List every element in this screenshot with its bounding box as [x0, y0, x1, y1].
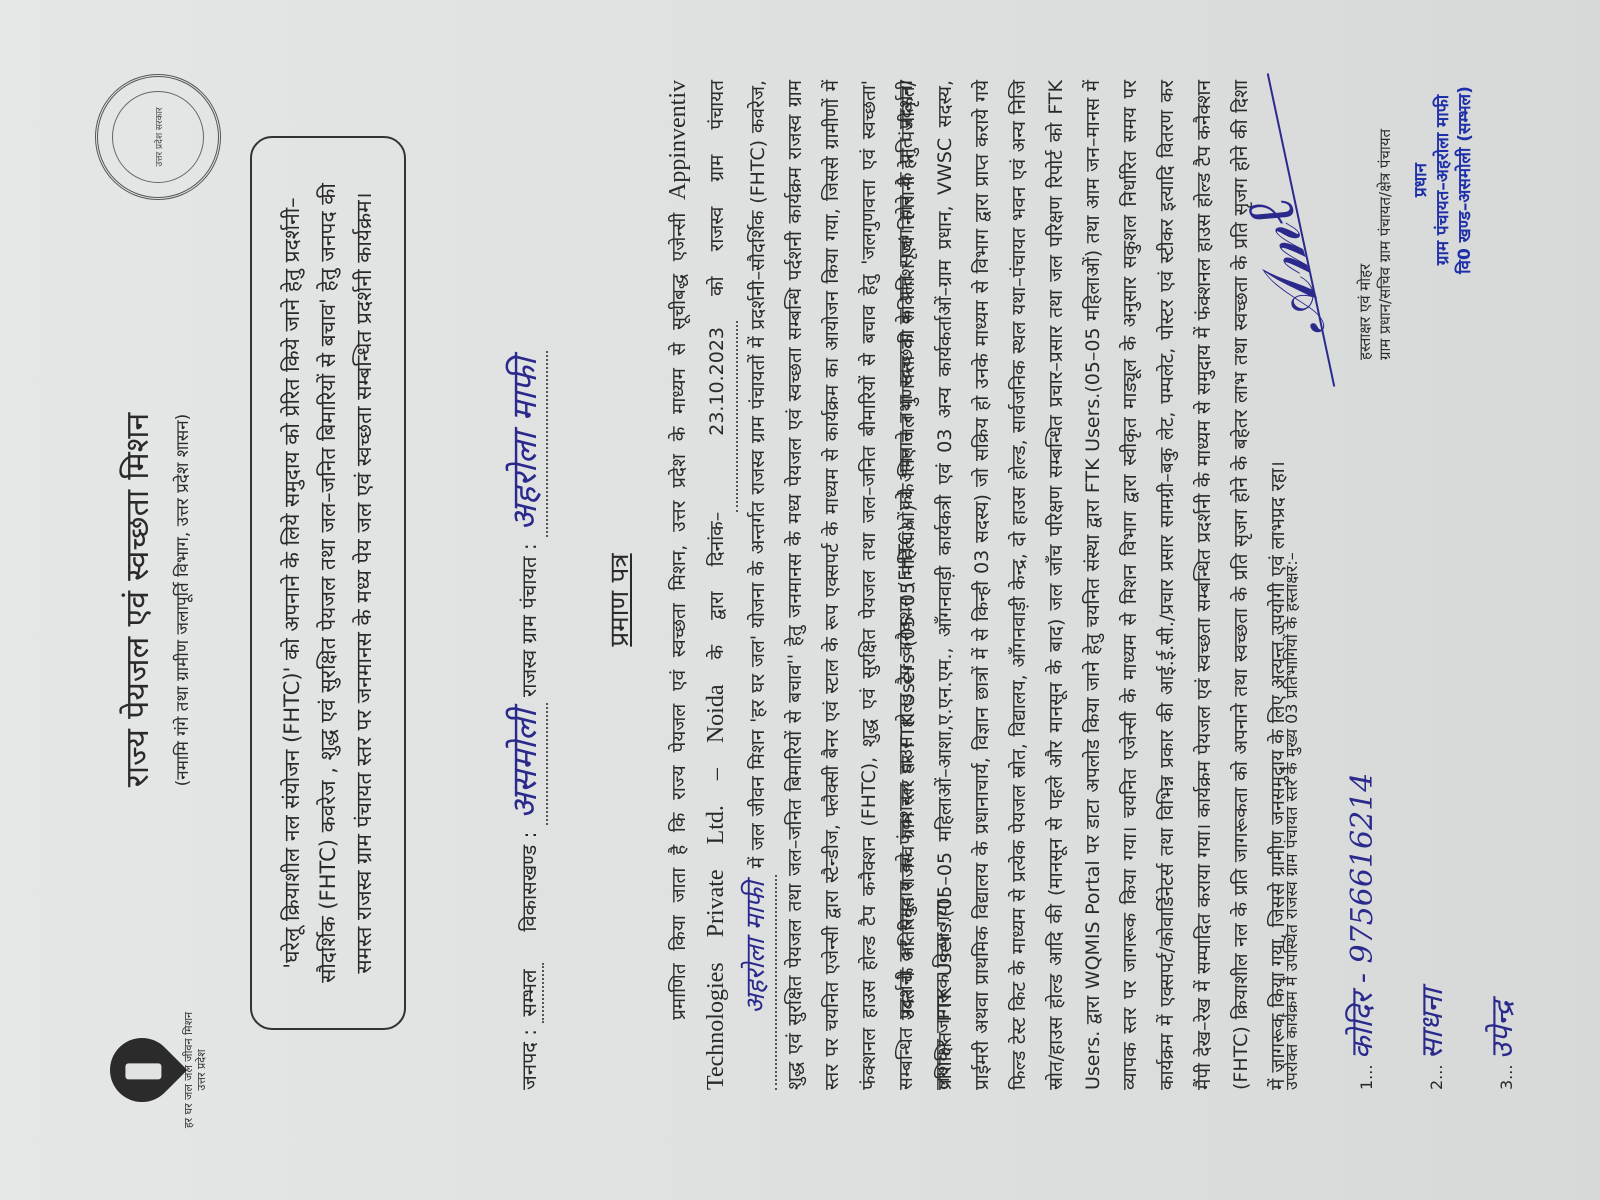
- participant-1: 1... कोदिर - 9756616214: [1340, 773, 1381, 1090]
- participant-number: 2: [1427, 1080, 1446, 1090]
- panchayat-value: अहरोला माफी: [500, 351, 548, 537]
- participant-handwritten: उपेन्द्र: [1485, 1001, 1520, 1060]
- participant-number: 1: [1357, 1080, 1376, 1090]
- district-label: जनपद :: [517, 1029, 541, 1090]
- location-row: जनपद : सम्भल विकासखण्ड : असमोली राजस्व ग…: [500, 70, 548, 1090]
- sign-role-text: ग्राम प्रधान/सचिव ग्राम पंचायत/क्षेत्र प…: [1375, 129, 1395, 360]
- certificate-heading: प्रमाण पत्र: [600, 0, 636, 1200]
- pradhan-stamp: प्रधान ग्राम पंचायत–अहरोला माफी वि0 खण्ड…: [1410, 30, 1476, 330]
- signature-label: हस्ताक्षर एवं मोहर ग्राम प्रधान/सचिव ग्र…: [1355, 129, 1395, 360]
- program-description-box: 'घरेलू क्रियाशील नल संयोजन (FHTC)' को अप…: [250, 136, 406, 1030]
- participant-handwritten: साधना: [1415, 989, 1450, 1060]
- district-value: सम्भल: [515, 963, 544, 1022]
- participant-number: 3: [1497, 1080, 1516, 1090]
- stamp-line: ग्राम पंचायत–अहरोला माफी: [1432, 30, 1454, 330]
- sign-label-text: हस्ताक्षर एवं मोहर: [1355, 129, 1375, 360]
- stamp-line: प्रधान: [1410, 30, 1432, 330]
- certificate-paragraph-2: उक्त के अतिरिक्त राजस्व ग्राम स्तर पर FT…: [890, 80, 1297, 1090]
- panchayat-label: राजस्व ग्राम पंचायत :: [517, 543, 541, 697]
- date-prefix: के द्वारा दिनांक–: [706, 512, 728, 660]
- para1-lead: प्रमाणित किया जाता है कि राज्य पेयजल एवं…: [668, 213, 690, 1020]
- certificate-document: हर घर जल जल जीवन मिशन उत्तर प्रदेश राज्य…: [0, 0, 1600, 1200]
- participants-intro: उपरोक्त कार्यक्रम में उपस्थित राजस्व ग्र…: [1280, 390, 1302, 1090]
- up-government-seal: उत्तर प्रदेश सरकार: [95, 74, 221, 200]
- event-date: 23.10.2023: [699, 321, 738, 512]
- seal-emblem-icon: उत्तर प्रदेश सरकार: [112, 91, 204, 183]
- participant-2: 2... साधना: [1410, 989, 1451, 1090]
- block-label: विकासखण्ड :: [517, 832, 541, 932]
- panchayat-handwritten: अहरोला माफी: [738, 875, 777, 1090]
- participant-handwritten: कोदिर - 9756616214: [1345, 773, 1380, 1060]
- para1-after-date: को राजस्व ग्राम पंचायत: [706, 80, 728, 296]
- stamp-line: वि0 खण्ड–असमोली (सम्भल): [1454, 30, 1476, 330]
- participant-3: 3... उपेन्द्र: [1480, 1001, 1521, 1090]
- block-value: असमोली: [500, 703, 548, 825]
